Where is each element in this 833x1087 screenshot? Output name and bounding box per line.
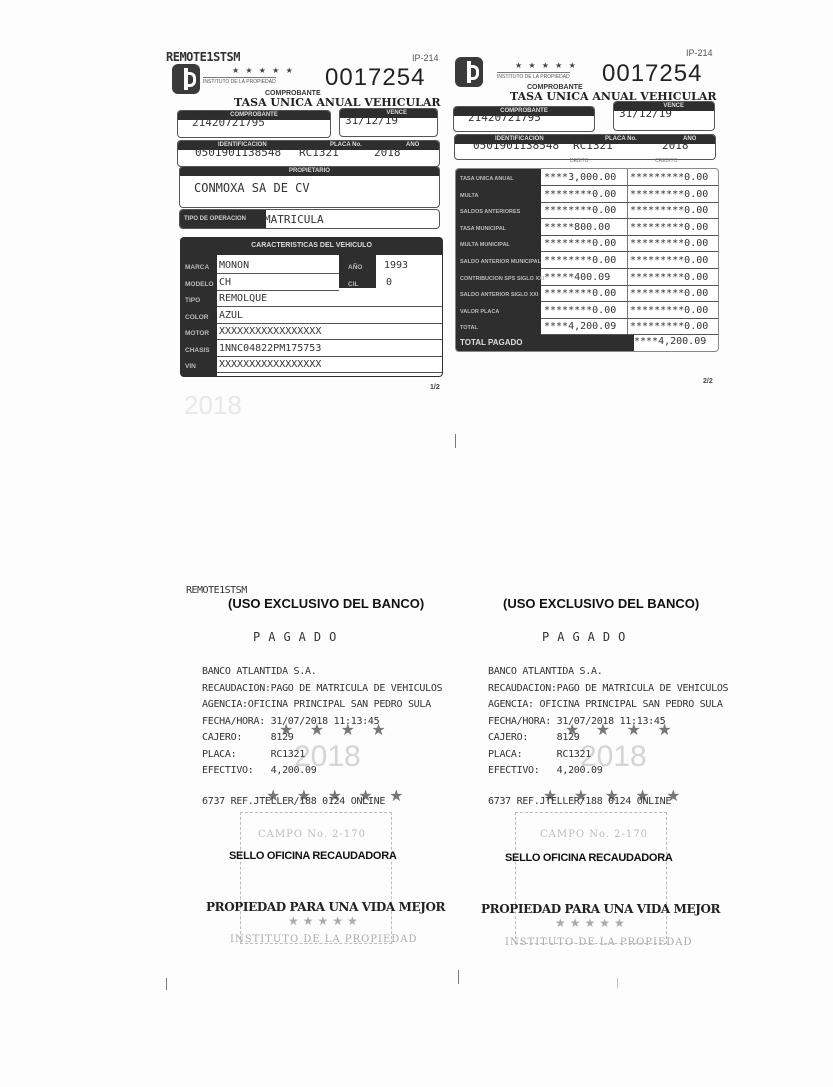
ano-value: 2018 (374, 146, 401, 159)
top-code: REMOTE1STSM (186, 585, 247, 596)
bank-line: BANCO ATLANTIDA S.A. (488, 666, 728, 683)
comprobante-field: COMPROBANTE 21420721795 (453, 106, 595, 132)
folio-number: 0017254 (325, 64, 425, 92)
fee-credito: *********0.00 (630, 272, 708, 283)
propietario-value: CONMOXA SA DE CV (194, 181, 310, 195)
divider-tick (617, 978, 618, 988)
feature-label: MARCA (185, 264, 209, 271)
placa-value: RC1321 (573, 139, 613, 152)
ip-logo-icon (455, 57, 483, 87)
feature-value: XXXXXXXXXXXXXXXXX (219, 326, 321, 337)
bank-line: CAJERO: 8129 (488, 732, 728, 749)
stars-icon: ★★★★★ (555, 916, 629, 930)
comprobante-value: 21420721795 (192, 116, 265, 129)
ano-vehiculo-value: 1993 (384, 260, 408, 271)
feature-label: CHASIS (185, 347, 210, 354)
bank-reference: 6737 REF.JTELLER/188 0124 ONLINE (202, 796, 385, 807)
stars-icon: ★ ★ ★ ★ ★ (515, 61, 578, 70)
folio-number: 0017254 (602, 60, 702, 88)
bank-heading: (USO EXCLUSIVO DEL BANCO) (228, 596, 424, 611)
bank-line: CAJERO: 8129 (202, 732, 442, 749)
sello-label: SELLO OFICINA RECAUDADORA (505, 852, 672, 864)
fee-credito: *********0.00 (630, 172, 708, 183)
fee-credito: *********0.00 (630, 305, 708, 316)
bank-heading: (USO EXCLUSIVO DEL BANCO) (503, 596, 699, 611)
vence-field: VENCE 31/12/19 (339, 108, 438, 137)
fee-debito: ********0.00 (544, 305, 616, 316)
feature-label: MODELO (185, 281, 214, 288)
bank-lines: BANCO ATLANTIDA S.A.RECAUDACION:PAGO DE … (488, 666, 728, 782)
stars-icon: ★ ★ ★ ★ ★ (232, 66, 295, 75)
identificacion-value: 0501901138548 (473, 139, 559, 152)
divider-tick (455, 434, 456, 448)
stamp-text: CAMPO No. 2-170 (540, 829, 648, 840)
bank-line: AGENCIA: OFICINA PRINCIPAL SAN PEDRO SUL… (488, 699, 728, 716)
institution-footer: INSTITUTO DE LA PROPIEDAD (505, 937, 693, 948)
placa-value: RC1321 (299, 146, 339, 159)
divider-tick (166, 978, 167, 990)
identificacion-row: IDENTIFICACION PLACA No. AÑO 05019011385… (177, 140, 440, 167)
fee-debito: *****400.09 (544, 272, 610, 283)
propietario-field: PROPIETARIO CONMOXA SA DE CV (179, 166, 440, 208)
fee-credito: *********0.00 (630, 238, 708, 249)
fees-table: TOTAL PAGADO ****4,200.09 TASA UNICA ANU… (455, 168, 719, 352)
feature-label: VIN (185, 363, 196, 370)
vence-value: 31/12/19 (345, 114, 398, 127)
fee-credito: *********0.00 (630, 288, 708, 299)
tipo-operacion-label: TIPO DE OPERACION (180, 210, 266, 228)
fee-credito: *********0.00 (630, 321, 708, 332)
bank-line: FECHA/HORA: 31/07/2018 11:13:45 (202, 716, 442, 733)
debito-header: DEBITO (570, 158, 589, 164)
bank-line: BANCO ATLANTIDA S.A. (202, 666, 442, 683)
bank-reference: 6737 REF.JTELLER/188 0124 ONLINE (488, 796, 671, 807)
caracteristicas-header: CARACTERISTICAS DEL VEHICULO (181, 238, 442, 252)
fee-debito: *****800.00 (544, 222, 610, 233)
bank-line: RECAUDACION:PAGO DE MATRICULA DE VEHICUL… (202, 683, 442, 700)
fee-label: SALDOS ANTERIORES (460, 209, 520, 215)
bank-line: EFECTIVO: 4,200.09 (202, 765, 442, 782)
page-number: 2/2 (703, 378, 713, 385)
fee-debito: ****4,200.09 (544, 321, 616, 332)
fee-debito: ********0.00 (544, 205, 616, 216)
fee-credito: *********0.00 (630, 255, 708, 266)
feature-label: COLOR (185, 314, 208, 321)
identificacion-value: 0501901138548 (195, 146, 281, 159)
institution-label: INSTITUTO DE LA PROPIEDAD (497, 72, 570, 80)
fee-label: SALDO ANTERIOR MUNICIPAL (460, 259, 541, 265)
comprobante-field: COMPROBANTE 21420721795 (177, 110, 331, 138)
fee-debito: ********0.00 (544, 189, 616, 200)
fee-label: SALDO ANTERIOR SIGLO XXI (460, 292, 538, 298)
feature-value: XXXXXXXXXXXXXXXXX (219, 359, 321, 370)
feature-value: CH (219, 277, 231, 288)
feature-label: TIPO (185, 297, 200, 304)
pagado-status: PAGADO (542, 630, 633, 644)
slogan: PROPIEDAD PARA UNA VIDA MEJOR (206, 900, 445, 914)
comprobante-value: 21420721795 (468, 111, 541, 124)
tipo-operacion-value: MATRICULA (264, 213, 324, 226)
fee-debito: ********0.00 (544, 288, 616, 299)
fee-label: CONTRIBUCION SPS SIGLO XXI (460, 276, 544, 282)
fee-label: MULTA MUNICIPAL (460, 242, 510, 248)
feature-value: AZUL (219, 310, 243, 321)
fee-label: VALOR PLACA (460, 309, 499, 315)
bank-line: AGENCIA:OFICINA PRINCIPAL SAN PEDRO SULA (202, 699, 442, 716)
institution-footer: INSTITUTO DE LA PROPIEDAD (230, 934, 418, 945)
page-number: 1/2 (430, 384, 440, 391)
vence-field: VENCE 31/12/19 (613, 101, 715, 131)
bank-line: PLACA: RC1321 (488, 749, 728, 766)
ano-vehiculo-label: AÑO (348, 264, 362, 271)
fee-label: TASA MUNICIPAL (460, 226, 506, 232)
tipo-operacion-field: TIPO DE OPERACION MATRICULA (179, 209, 440, 229)
institution-label: INSTITUTO DE LA PROPIEDAD (203, 77, 276, 85)
identificacion-row: IDENTIFICACION PLACA No. AÑO 05019011385… (454, 134, 716, 160)
bank-line: PLACA: RC1321 (202, 749, 442, 766)
bank-line: RECAUDACION:PAGO DE MATRICULA DE VEHICUL… (488, 683, 728, 700)
fee-debito: ********0.00 (544, 238, 616, 249)
caracteristicas-panel: CARACTERISTICAS DEL VEHICULO AÑO 1993 CI… (180, 237, 443, 377)
credito-header: CREDITO (655, 158, 677, 164)
slogan: PROPIEDAD PARA UNA VIDA MEJOR (481, 902, 720, 916)
feature-value: MONON (219, 260, 249, 271)
bank-lines: BANCO ATLANTIDA S.A.RECAUDACION:PAGO DE … (202, 666, 442, 782)
fee-label: TOTAL (460, 325, 478, 331)
stars-icon: ★★★★★ (288, 914, 362, 928)
form-code: IP-214 (686, 48, 713, 58)
feature-label: MOTOR (185, 330, 209, 337)
ip-logo-icon (172, 64, 200, 94)
divider-tick (458, 970, 459, 984)
form-code: IP-214 (412, 53, 439, 63)
sello-label: SELLO OFICINA RECAUDADORA (229, 850, 396, 862)
top-code: REMOTE1STSM (166, 50, 240, 64)
bank-line: EFECTIVO: 4,200.09 (488, 765, 728, 782)
vence-value: 31/12/19 (619, 107, 672, 120)
total-pagado-value: ****4,200.09 (634, 336, 706, 347)
ano-value: 2018 (662, 139, 689, 152)
fee-debito: ********0.00 (544, 255, 616, 266)
pagado-status: PAGADO (253, 630, 344, 644)
cil-value: 0 (386, 277, 392, 288)
ano-header: AÑO (406, 141, 419, 150)
cil-label: CIL (348, 281, 358, 288)
bank-line: FECHA/HORA: 31/07/2018 11:13:45 (488, 716, 728, 733)
fee-label: MULTA (460, 193, 478, 199)
fee-credito: *********0.00 (630, 205, 708, 216)
feature-value: 1NNC04822PM175753 (219, 343, 321, 354)
feature-value: REMOLQUE (219, 293, 267, 304)
fee-debito: ****3,000.00 (544, 172, 616, 183)
fee-credito: *********0.00 (630, 222, 708, 233)
stamp-text: CAMPO No. 2-170 (258, 829, 366, 840)
total-pagado-label: TOTAL PAGADO (460, 338, 523, 347)
watermark-year: 2018 (184, 390, 242, 421)
fee-label: TASA UNICA ANUAL (460, 176, 514, 182)
fee-credito: *********0.00 (630, 189, 708, 200)
propietario-header: PROPIETARIO (180, 167, 439, 176)
